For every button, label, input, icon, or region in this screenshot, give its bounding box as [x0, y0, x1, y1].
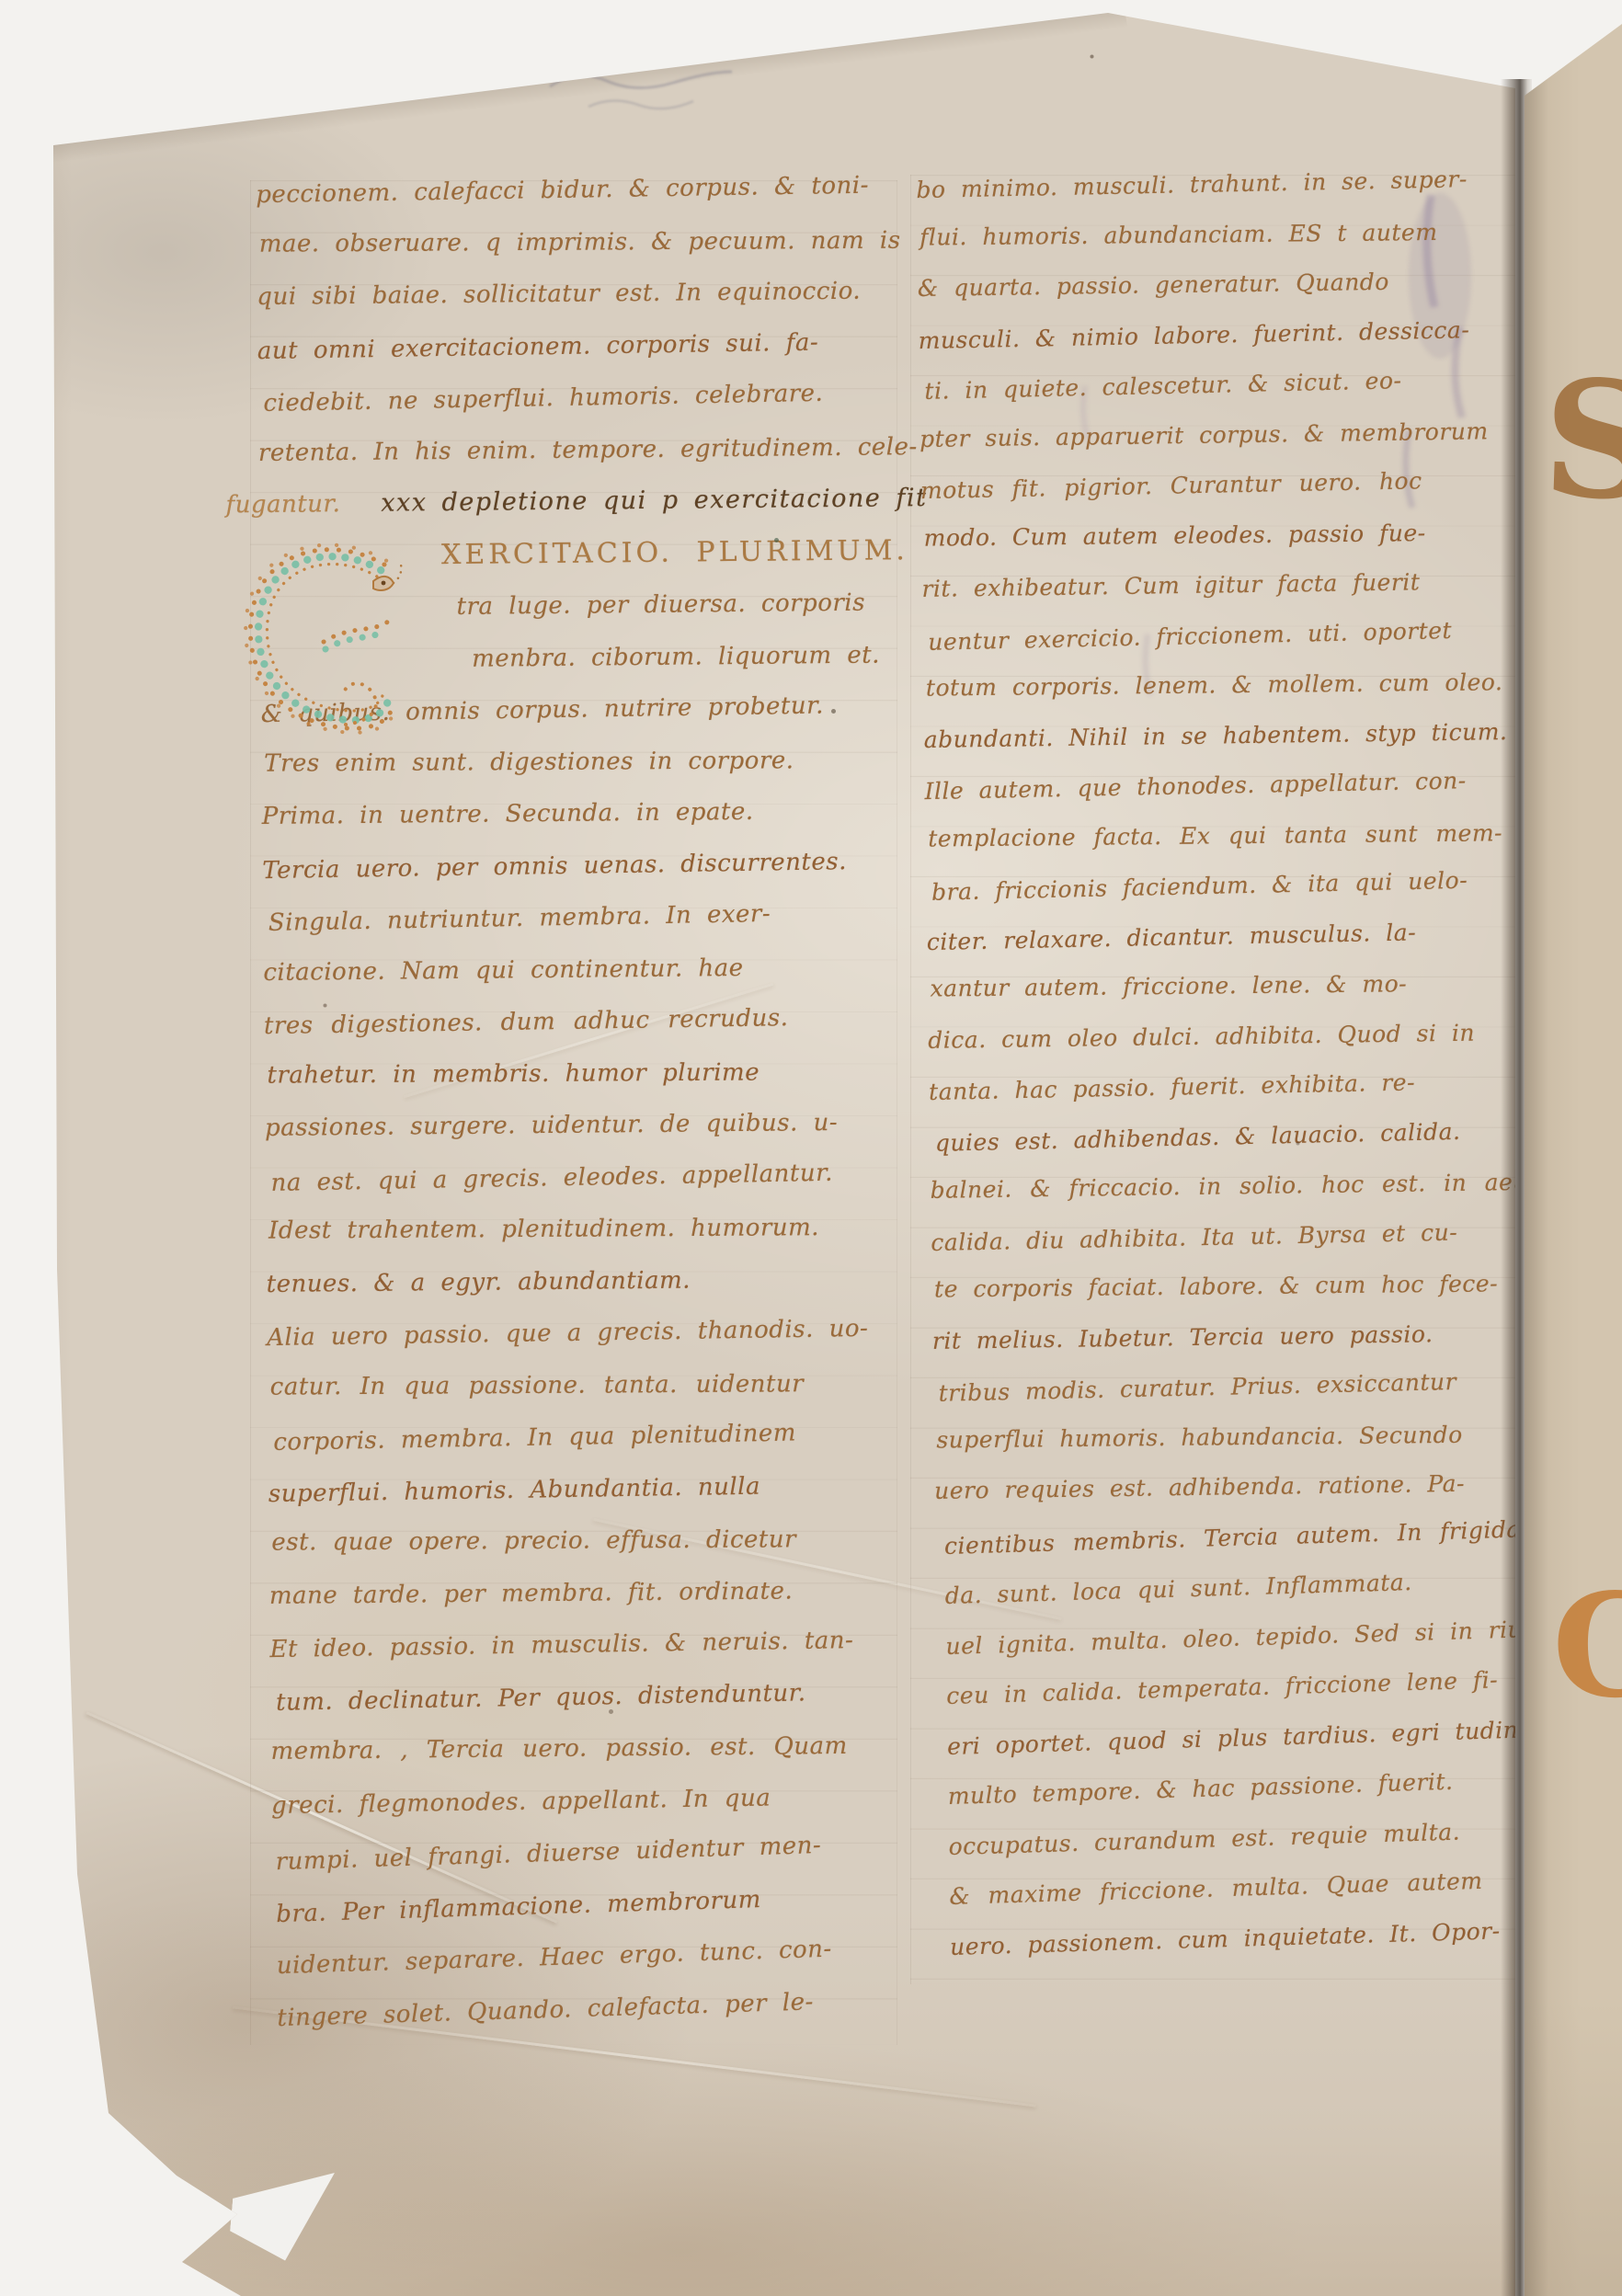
manuscript-photo: peccionem. calefacci bidur. & corpus. & … [0, 0, 1622, 2296]
manuscript-line: catur. In qua passione. tanta. uidentur [270, 1357, 914, 1413]
decorated-initial-E [235, 533, 428, 739]
manuscript-line: Prima. in uentre. Secunda. in epate. [262, 784, 907, 842]
paragraph-end-word: fugantur. [225, 478, 340, 531]
manuscript-line: na est. qui a grecis. eleodes. appellant… [270, 1146, 915, 1209]
manuscript-line: Tres enim sunt. digestiones in corpore. [264, 734, 908, 790]
manuscript-line: modo. Cum autem eleodes. passio fue- [923, 507, 1568, 564]
manuscript-line: xantur autem. friccione. lene. & mo- [930, 957, 1574, 1014]
manuscript-line: Idest trahentem. plenitudinem. humorum. [268, 1202, 912, 1258]
chapter-rubric-row: fugantur. xxx depletione qui p exercitac… [258, 473, 903, 531]
manuscript-line: passiones. surgere. uidentur. de quibus.… [265, 1096, 909, 1154]
page-top-edge-shadow [48, 4, 1127, 164]
left-column-upper-lines: peccionem. calefacci bidur. & corpus. & … [256, 161, 902, 479]
right-column-lines: bo minimo. musculi. trahunt. in se. supe… [916, 154, 1584, 1968]
manuscript-line: tres digestiones. dum adhuc recrudus. [264, 990, 908, 1052]
manuscript-line: membra. , Tercia uero. passio. est. Quam [270, 1719, 915, 1777]
display-capitals: xercitacio. plurimum. [441, 534, 908, 571]
next-page-initial-S: S [1540, 359, 1622, 523]
manuscript-line: totum corporis. lenem. & mollem. cum ole… [926, 657, 1571, 714]
manuscript-line: bo minimo. musculi. trahunt. in se. supe… [916, 153, 1560, 216]
manuscript-line: mae. obseruare. q imprimis. & pecuum. na… [259, 214, 903, 270]
parchment-page: peccionem. calefacci bidur. & corpus. & … [0, 0, 1622, 2296]
page-tear [228, 2160, 336, 2264]
manuscript-line: tenues. & a egyr. abundantiam. [266, 1252, 910, 1310]
manuscript-line: peccionem. calefacci bidur. & corpus. & … [256, 159, 900, 221]
manuscript-line: flui. humoris. abundanciam. ES t autem [920, 206, 1564, 263]
next-page-edge: S C [1525, 0, 1622, 2296]
manuscript-line: te corporis faciat. labore. & cum hoc fe… [934, 1258, 1579, 1315]
manuscript-line: qui sibi baiae. sollicitatur est. In equ… [257, 265, 901, 323]
manuscript-line: Alia uero passio. que a grecis. thanodis… [267, 1302, 911, 1364]
manuscript-line: mane tarde. per membra. fit. ordinate. [269, 1564, 914, 1622]
manuscript-line: est. quae opere. precio. effusa. dicetur [271, 1514, 915, 1570]
text-column-left: peccionem. calefacci bidur. & corpus. & … [256, 161, 917, 2038]
manuscript-line: superflui humoris. habundancia. Secundo [936, 1409, 1581, 1466]
next-page-initial-C: C [1552, 1574, 1622, 1717]
manuscript-line: retenta. In his enim. tempore. egritudin… [258, 421, 903, 479]
text-column-right: bo minimo. musculi. trahunt. in se. supe… [916, 154, 1584, 1968]
manuscript-line: superflui. humoris. Abundantia. nulla [268, 1458, 912, 1520]
left-column-lower-lines: & quibus. omnis corpus. nutrire probetur… [260, 680, 917, 2038]
manuscript-line: tum. declinatur. Per quos. distenduntur. [276, 1665, 920, 1729]
manuscript-line: Singula. nutriuntur. membra. In exer- [268, 885, 912, 949]
chapter-rubric: xxx depletione qui p exercitacione fit [381, 473, 928, 530]
manuscript-line: trahetur. in membris. humor plurime [267, 1045, 910, 1102]
manuscript-line: citacione. Nam qui continentur. hae [263, 941, 908, 999]
manuscript-line: ciedebit. ne superflui. humoris. celebra… [263, 366, 908, 429]
ink-specks [0, 0, 3, 3]
